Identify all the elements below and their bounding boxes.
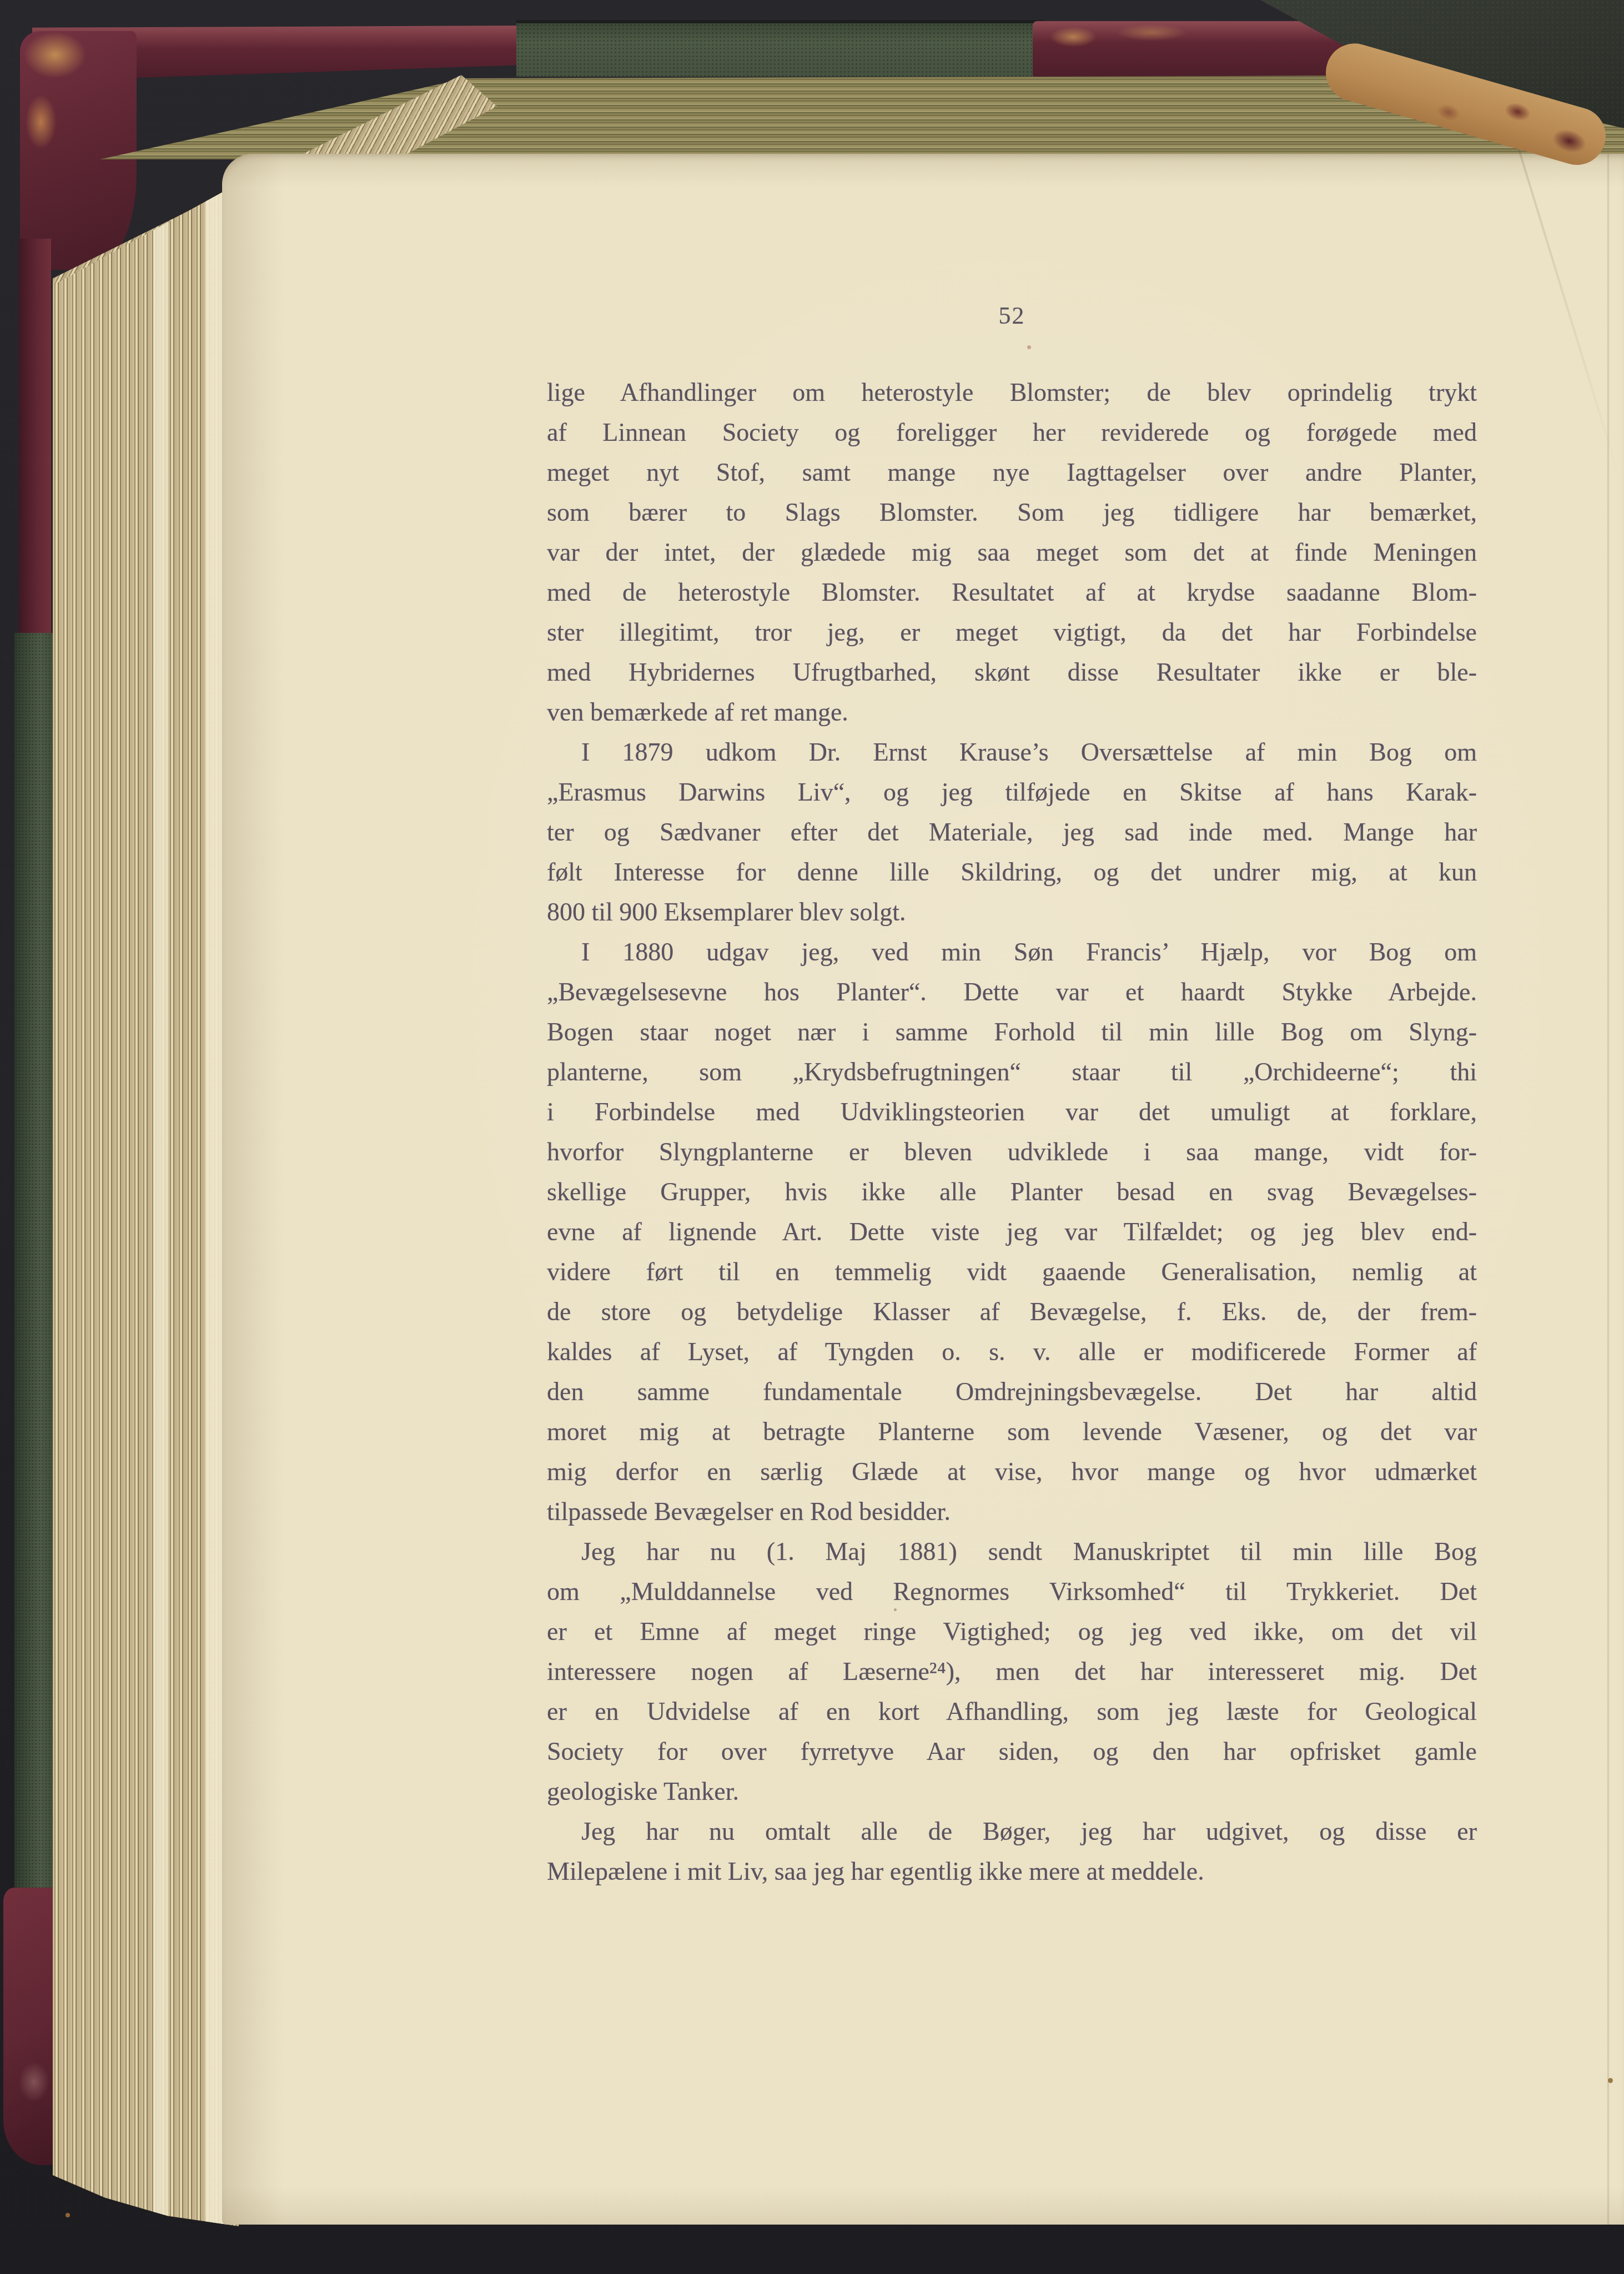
text-line: Milepælene i mit Liv, saa jeg har egentl… [547,1852,1477,1891]
text-line: er et Emne af meget ringe Vigtighed; og … [547,1612,1477,1652]
text-line: „Erasmus Darwins Liv“, og jeg tilføjede … [547,772,1477,812]
text-line: om „Mulddannelse ved Regnormes Virksomhe… [547,1572,1477,1612]
book-cover-leather-left [19,239,51,661]
text-line: hvorfor Slyngplanterne er bleven udvikle… [547,1132,1477,1172]
book-fore-edge-pages [53,183,239,2226]
text-line: ven bemærkede af ret mange. [547,692,1477,732]
page-crease-top-right [1516,142,1622,482]
page-number: 52 [547,301,1477,330]
text-line: Society for over fyrretyve Aar siden, og… [547,1732,1477,1772]
page-crease-right [1607,154,1610,2225]
dust-speck [66,2213,70,2217]
text-line: følt Interesse for denne lille Skildring… [547,852,1477,892]
text-line: ter og Sædvaner efter det Materiale, jeg… [547,812,1477,852]
text-line: moret mig at betragte Planterne som leve… [547,1412,1477,1452]
text-line: kaldes af Lyset, af Tyngden o. s. v. all… [547,1332,1477,1372]
text-line: i Forbindelse med Udviklingsteorien var … [547,1092,1477,1132]
text-line: med Hybridernes Ufrugtbarhed, skønt diss… [547,652,1477,692]
text-line: evne af lignende Art. Dette viste jeg va… [547,1212,1477,1252]
book-page: 52 lige Afhandlinger om heterostyle Blom… [222,154,1624,2225]
text-line: tilpassede Bevægelser en Rod besidder. [547,1492,1477,1532]
book-cover-cloth-left [14,633,58,1921]
text-line: er en Udvidelse af en kort Afhandling, s… [547,1692,1477,1732]
text-line: mig derfor en særlig Glæde at vise, hvor… [547,1452,1477,1492]
text-line: af Linnean Society og foreligger her rev… [547,412,1477,452]
text-line: „Bevægelsesevne hos Planter“. Dette var … [547,972,1477,1012]
text-line: I 1879 udkom Dr. Ernst Krause’s Oversætt… [547,732,1477,772]
text-line: var der intet, der glædede mig saa meget… [547,532,1477,572]
text-line: som bærer to Slags Blomster. Som jeg tid… [547,492,1477,532]
text-line: Jeg har nu omtalt alle de Bøger, jeg har… [547,1812,1477,1852]
text-line: Bogen staar noget nær i samme Forhold ti… [547,1012,1477,1052]
text-line: videre ført til en temmelig vidt gaaende… [547,1252,1477,1292]
text-line: meget nyt Stof, samt mange nye Iagttagel… [547,452,1477,492]
text-line: Jeg har nu (1. Maj 1881) sendt Manuskrip… [547,1532,1477,1572]
photo-backdrop: { "page": { "number": "52", "paragraphs"… [0,0,1624,2274]
text-line: I 1880 udgav jeg, ved min Søn Francis’ H… [547,932,1477,972]
text-line: lige Afhandlinger om heterostyle Blomste… [547,373,1477,412]
text-line: interessere nogen af Læserne²⁴), men det… [547,1652,1477,1692]
text-line: skellige Grupper, hvis ikke alle Planter… [547,1172,1477,1212]
page-speck [894,1608,897,1611]
text-line: de store og betydelige Klasser af Bevæge… [547,1292,1477,1332]
page-speck [1027,345,1031,349]
book-cover-cloth-top [516,23,1044,77]
text-line: planterne, som „Krydsbefrugtningen“ staa… [547,1052,1477,1092]
text-line: ster illegitimt, tror jeg, er meget vigt… [547,612,1477,652]
text-line: 800 til 900 Eksemplarer blev solgt. [547,892,1477,932]
book-cover-corner-top-left [20,31,137,270]
text-line: den samme fundamentale Omdrejningsbevæge… [547,1372,1477,1412]
page-speck [1608,2078,1613,2083]
text-line: med de heterostyle Blomster. Resultatet … [547,572,1477,612]
text-line: geologiske Tanker. [547,1772,1477,1812]
page-text: lige Afhandlinger om heterostyle Blomste… [547,373,1477,1891]
